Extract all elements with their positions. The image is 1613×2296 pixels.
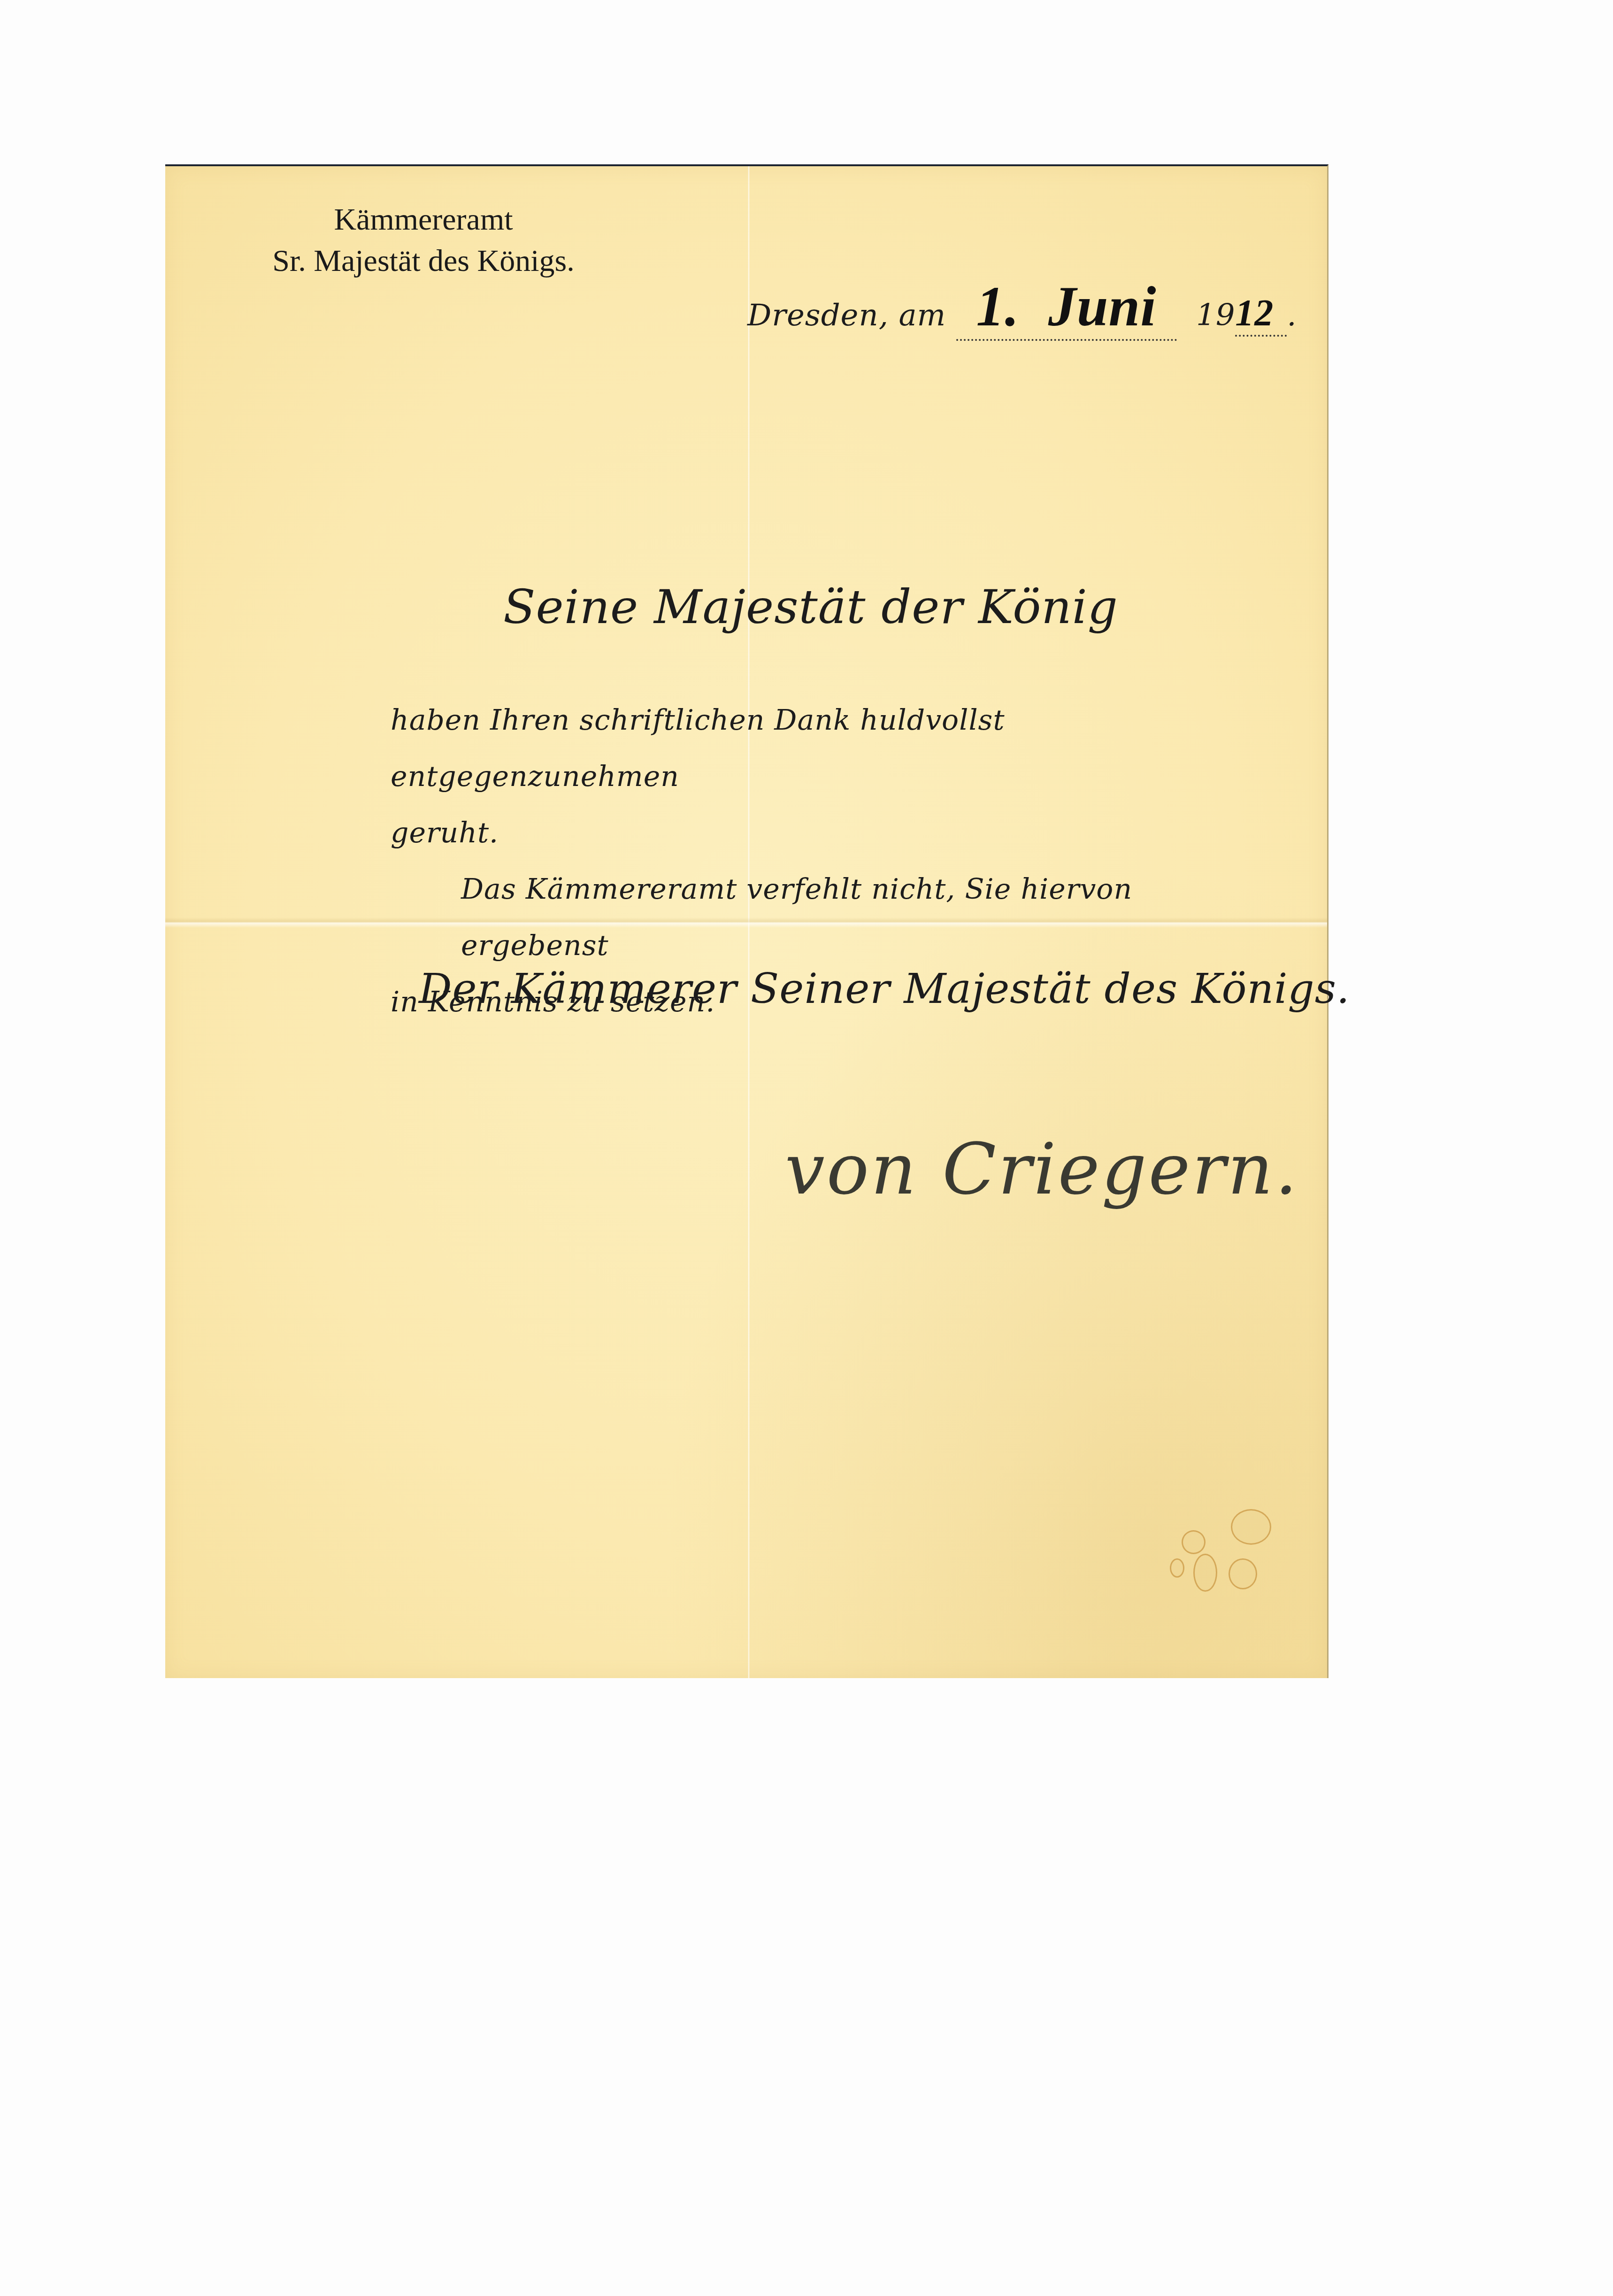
date-day-month-field: 1. Juni (956, 274, 1177, 341)
date-line: Dresden, am 1. Juni 1912. (747, 274, 1311, 341)
date-suffix: . (1287, 298, 1297, 333)
body-line-2: geruht. (391, 805, 1142, 861)
body-line-3: Das Kämmereramt verfehlt nicht, Sie hier… (391, 861, 1142, 974)
date-year-handwritten: 12 (1235, 293, 1274, 334)
letterhead: Kämmereramt Sr. Majestät des Königs. (245, 199, 602, 282)
signature: von Criegern. (785, 1129, 1299, 1210)
water-stain (1193, 1554, 1217, 1592)
water-stain (1231, 1509, 1271, 1545)
date-year-printed: 19 (1196, 298, 1235, 333)
date-place: Dresden, am (747, 298, 946, 333)
letterhead-office: Kämmereramt (245, 199, 602, 240)
date-month: Juni (1048, 275, 1157, 338)
date-year-field: 12 (1235, 292, 1287, 337)
water-stain (1182, 1530, 1206, 1554)
letter-paper: Kämmereramt Sr. Majestät des Königs. Dre… (165, 164, 1329, 1678)
body-line-1: haben Ihren schriftlichen Dank huldvolls… (391, 692, 1142, 805)
letter-closing: Der Kämmerer Seiner Majestät des Königs. (419, 964, 1350, 1013)
letterhead-majesty: Sr. Majestät des Königs. (245, 240, 602, 282)
date-day: 1. (976, 275, 1019, 338)
water-stain (1170, 1558, 1184, 1578)
water-stain (1229, 1558, 1257, 1589)
letter-heading: Seine Majestät der König (503, 579, 1118, 634)
